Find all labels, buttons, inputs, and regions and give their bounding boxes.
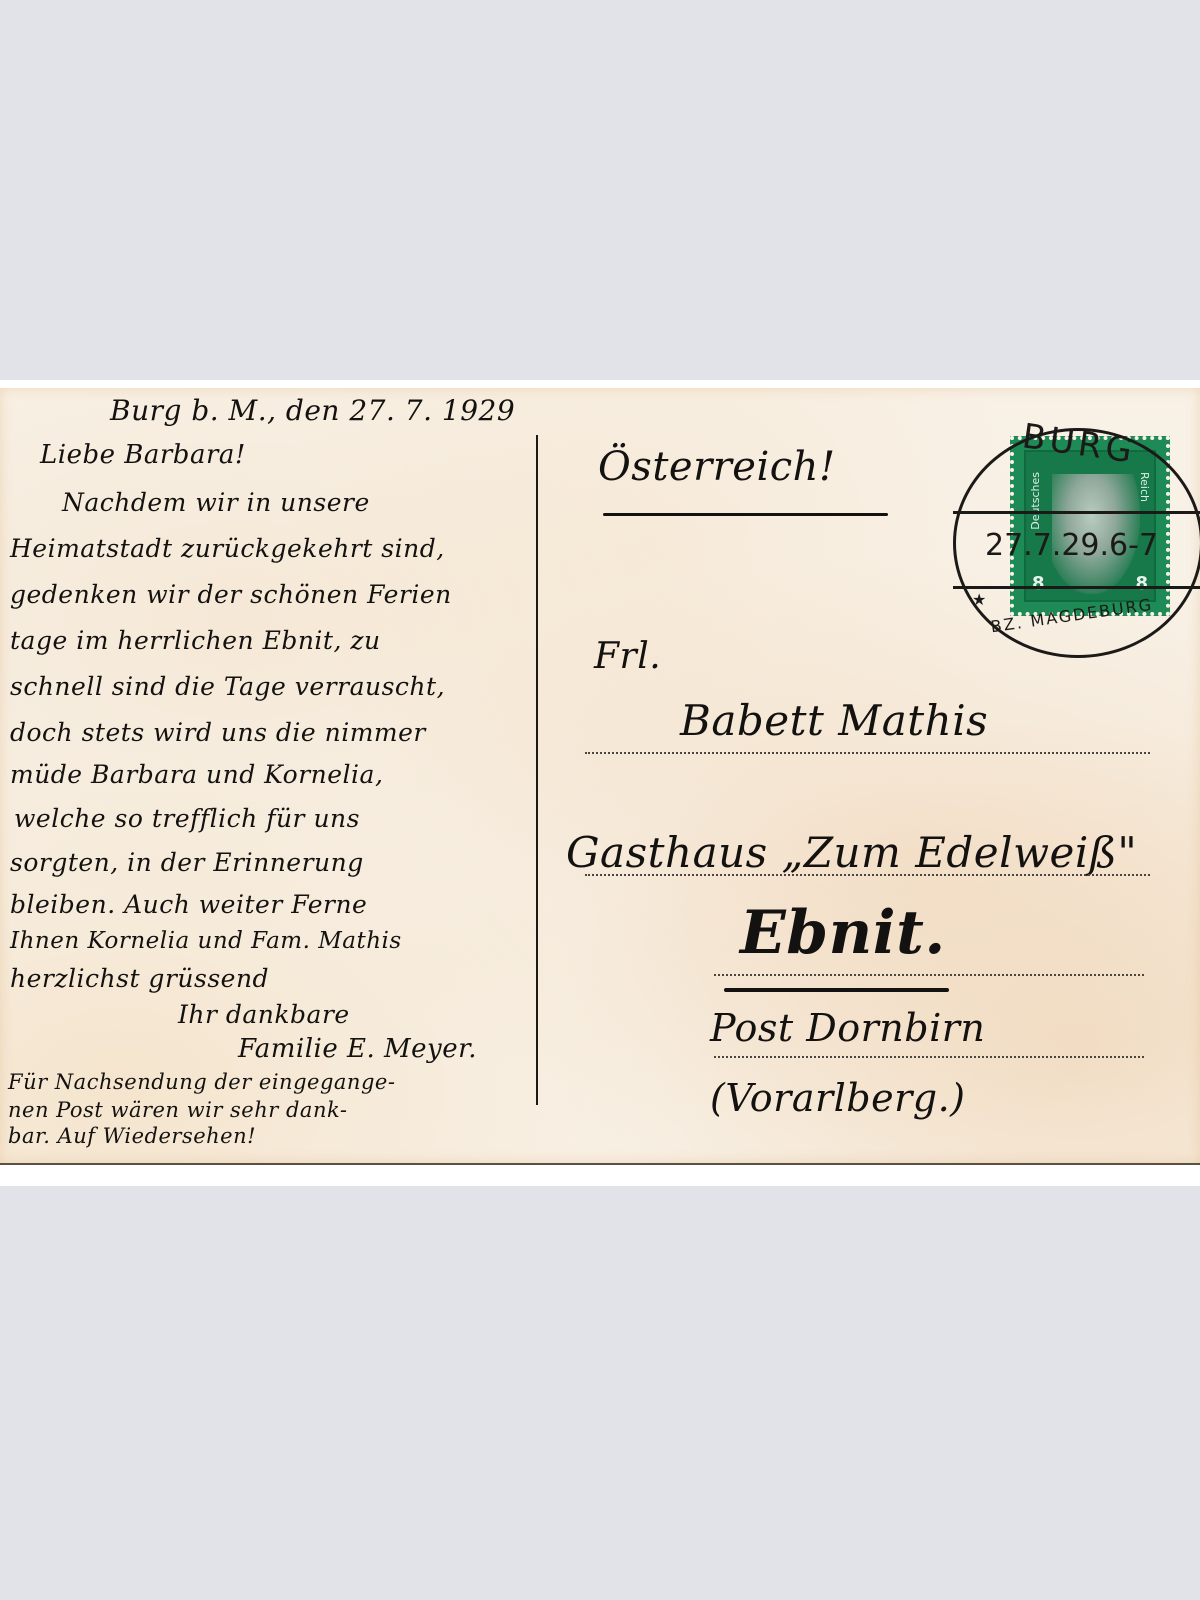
- letter-line: welche so trefflich für uns: [14, 804, 360, 833]
- letter-line: tage im herrlichen Ebnit, zu: [10, 626, 381, 655]
- letter-line: gedenken wir der schönen Ferien: [10, 580, 452, 609]
- postmark-date: 27.7.29.6-7: [985, 528, 1158, 563]
- letter-line: schnell sind die Tage verrauscht,: [10, 672, 445, 701]
- center-divider-line: [536, 435, 538, 1105]
- address-line-2: [585, 874, 1150, 876]
- address-post: Post Dornbirn: [710, 1006, 985, 1050]
- letter-postscript-line: nen Post wären wir sehr dank-: [8, 1098, 347, 1122]
- letter-closing: Ihr dankbare: [178, 1000, 350, 1029]
- letter-heading: Burg b. M., den 27. 7. 1929: [110, 394, 515, 427]
- letter-postscript-line: Für Nachsendung der eingegange-: [8, 1070, 395, 1094]
- postmark-star: ★: [972, 590, 986, 609]
- address-country: Österreich!: [598, 444, 836, 490]
- postcard: Burg b. M., den 27. 7. 1929 Liebe Barbar…: [0, 388, 1200, 1165]
- address-line-3: [714, 974, 1144, 976]
- postmark-bar-bottom: [953, 586, 1200, 589]
- letter-line: müde Barbara und Kornelia,: [10, 760, 383, 789]
- letter-line: doch stets wird uns die nimmer: [10, 718, 426, 747]
- letter-line: herzlichst grüssend: [10, 964, 269, 993]
- address-town: Ebnit.: [740, 898, 946, 968]
- letter-signature: Familie E. Meyer.: [238, 1034, 477, 1064]
- town-underline: [724, 988, 949, 992]
- address-title: Frl.: [594, 636, 661, 677]
- address-name: Babett Mathis: [680, 696, 988, 745]
- letter-line: Ihnen Kornelia und Fam. Mathis: [10, 928, 402, 954]
- address-region: (Vorarlberg.): [710, 1076, 966, 1120]
- letter-postscript-line: bar. Auf Wiedersehen!: [8, 1124, 256, 1148]
- address-line-4: [714, 1056, 1144, 1058]
- country-underline: [603, 513, 888, 516]
- letter-line: Heimatstadt zurückgekehrt sind,: [10, 534, 445, 563]
- letter-salutation: Liebe Barbara!: [40, 440, 246, 470]
- letter-line: bleiben. Auch weiter Ferne: [10, 890, 367, 919]
- address-establishment: Gasthaus „Zum Edelweiß": [566, 828, 1137, 877]
- postmark-bar-top: [953, 511, 1200, 514]
- letter-line: sorgten, in der Erinnerung: [10, 848, 364, 877]
- address-line-1: [585, 752, 1150, 754]
- letter-line: Nachdem wir in unsere: [62, 488, 370, 517]
